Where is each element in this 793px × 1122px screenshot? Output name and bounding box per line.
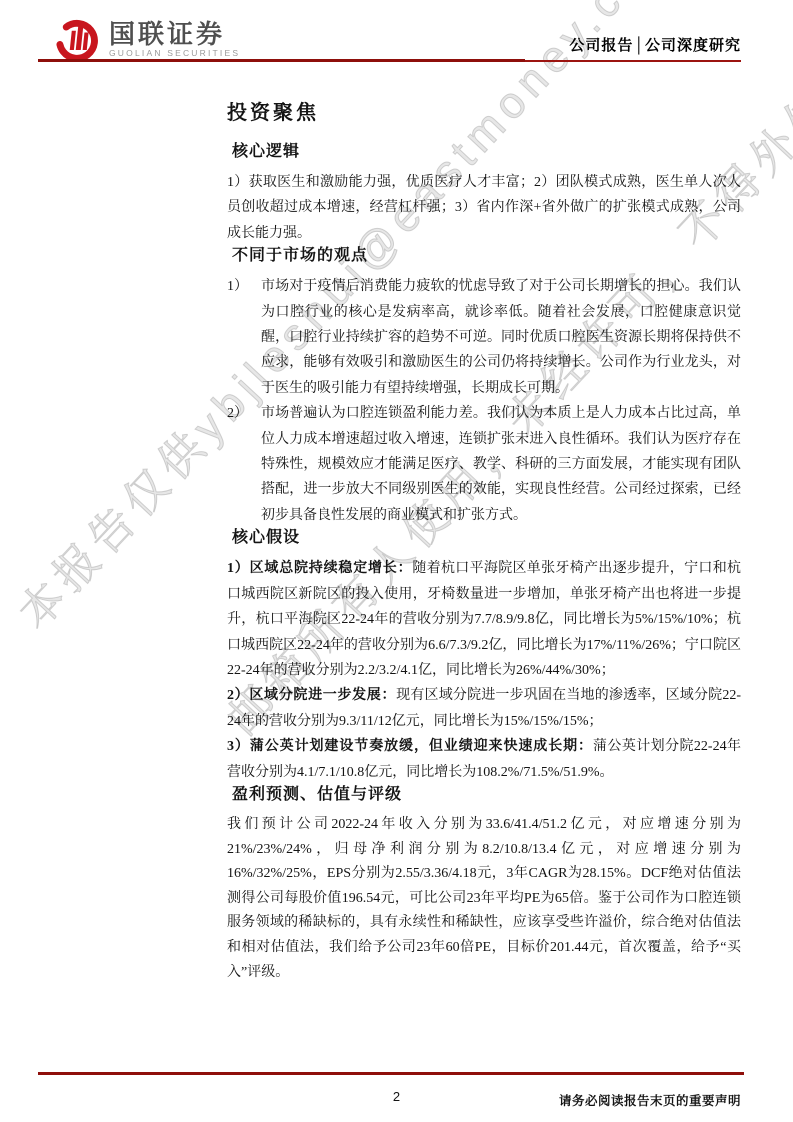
report-body: 投资聚焦 核心逻辑 1）获取医生和激励能力强，优质医疗人才丰富；2）团队模式成熟… — [227, 100, 741, 985]
item-label: 1）区域总院持续稳定增长： — [227, 561, 412, 576]
different-views-item-1: 1） 市场对于疫情后消费能力疲软的忧虑导致了对于公司长期增长的担心。我们认为口腔… — [227, 274, 741, 401]
logo-text: 国联证券 GUOLIAN SECURITIES — [109, 20, 240, 59]
header-rule-thick — [38, 59, 525, 62]
key-assumption-item-3: 3）蒲公英计划建设节奏放缓，但业绩迎来快速成长期：蒲公英计划分院22-24年营收… — [227, 734, 741, 785]
section-heading-core-logic: 核心逻辑 — [232, 142, 741, 162]
item-text: 随着杭口平海院区单张牙椅产出逐步提升，宁口和杭口城西院区新院区的投入使用，牙椅数… — [227, 561, 741, 678]
header-rule-thin — [525, 60, 741, 62]
section-heading-different-views: 不同于市场的观点 — [232, 246, 741, 266]
core-logic-paragraph: 1）获取医生和激励能力强，优质医疗人才丰富；2）团队模式成熟，医生单人次人员创收… — [227, 170, 741, 246]
list-marker: 2） — [227, 401, 248, 426]
section-heading-key-assumptions: 核心假设 — [232, 528, 741, 548]
footer-rule — [38, 1072, 744, 1075]
company-logo: 国联证券 GUOLIAN SECURITIES — [54, 16, 240, 62]
list-marker: 1） — [227, 274, 248, 299]
valuation-paragraph: 我们预计公司2022-24年收入分别为33.6/41.4/51.2亿元，对应增速… — [227, 813, 741, 985]
page-title: 投资聚焦 — [227, 100, 741, 126]
different-views-item-2: 2） 市场普遍认为口腔连锁盈利能力差。我们认为本质上是人力成本占比过高，单位人力… — [227, 401, 741, 528]
guolian-flame-logo-icon — [54, 16, 100, 62]
report-category: 公司报告│公司深度研究 — [569, 34, 741, 55]
logo-name-en: GUOLIAN SECURITIES — [109, 48, 240, 59]
item-label: 3）蒲公英计划建设节奏放缓，但业绩迎来快速成长期： — [227, 739, 593, 754]
key-assumption-item-1: 1）区域总院持续稳定增长：随着杭口平海院区单张牙椅产出逐步提升，宁口和杭口城西院… — [227, 556, 741, 683]
item-text: 市场对于疫情后消费能力疲软的忧虑导致了对于公司长期增长的担心。我们认为口腔行业的… — [261, 279, 741, 396]
report-page: 本报告仅供ybjleshui@eastmoney.com 邮箱所有人使用，未经许… — [0, 0, 793, 1122]
item-label: 2）区域分院进一步发展： — [227, 688, 396, 703]
section-heading-valuation: 盈利预测、估值与评级 — [232, 785, 741, 805]
footer-disclaimer: 请务必阅读报告末页的重要声明 — [559, 1091, 741, 1109]
item-text: 市场普遍认为口腔连锁盈利能力差。我们认为本质上是人力成本占比过高，单位人力成本增… — [261, 406, 741, 523]
key-assumption-item-2: 2）区域分院进一步发展：现有区域分院进一步巩固在当地的渗透率，区域分院22-24… — [227, 683, 741, 734]
logo-name-cn: 国联证券 — [109, 20, 240, 48]
